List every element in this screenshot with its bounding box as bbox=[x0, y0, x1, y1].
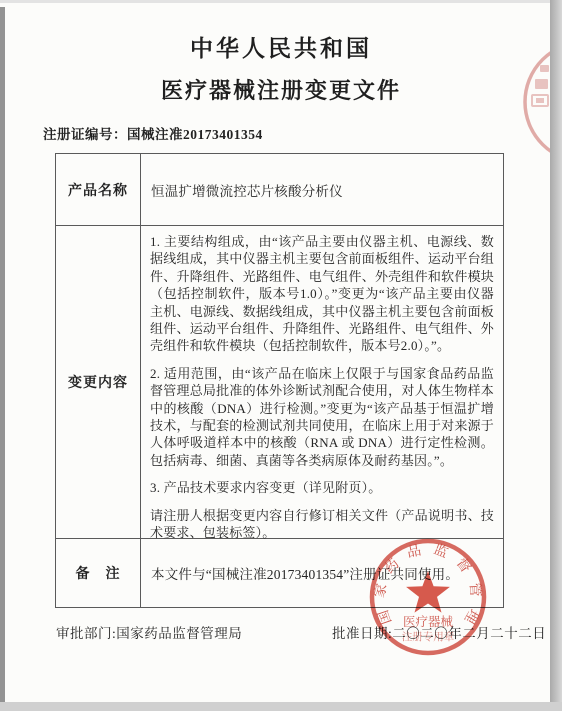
product-name-value: 恒温扩增微流控芯片核酸分析仪 bbox=[141, 154, 503, 225]
change-paragraph-2: 2. 适用范围，由“该产品在临床上仅限于与国家食品药品监督管理总局批准的体外诊断… bbox=[150, 365, 494, 469]
document-title: 医疗器械注册变更文件 bbox=[0, 74, 562, 105]
change-paragraph-1: 1. 主要结构组成，由“该产品主要由仪器主机、电源线、数据线组成，其中仪器主机主… bbox=[150, 233, 494, 355]
remark-label: 备 注 bbox=[56, 539, 141, 607]
seal-star-icon bbox=[406, 571, 450, 613]
change-content-value: 1. 主要结构组成，由“该产品主要由仪器主机、电源线、数据线组成，其中仪器主机主… bbox=[141, 226, 503, 538]
table-row-product-name: 产品名称 恒温扩增微流控芯片核酸分析仪 bbox=[56, 154, 503, 225]
document-page: { "header": { "title_line1": "中华人民共和国", … bbox=[0, 0, 562, 711]
table-row-change-content: 变更内容 1. 主要结构组成，由“该产品主要由仪器主机、电源线、数据线组成，其中… bbox=[56, 225, 503, 538]
product-name-text: 恒温扩增微流控芯片核酸分析仪 bbox=[151, 180, 343, 200]
country-title: 中华人民共和国 bbox=[0, 30, 562, 63]
registration-number: 注册证编号：国械注准20173401354 bbox=[43, 123, 263, 143]
change-paragraph-3: 3. 产品技术要求内容变更（详见附页）。 bbox=[150, 479, 494, 496]
change-content-label: 变更内容 bbox=[56, 226, 141, 538]
photo-edge-bottom bbox=[0, 702, 562, 711]
seal-center-line2: 注册专用章 bbox=[402, 630, 455, 643]
seal-center-line1: 医疗器械 bbox=[403, 614, 454, 629]
official-seal: 国家药品监督管理局 医疗器械 注册专用章 bbox=[365, 534, 491, 660]
product-name-label: 产品名称 bbox=[56, 154, 141, 225]
photo-edge-left bbox=[0, 7, 5, 711]
photo-edge-top bbox=[0, 0, 562, 3]
approval-department: 审批部门:国家药品监督管理局 bbox=[56, 622, 242, 642]
photo-edge-right bbox=[550, 0, 562, 711]
